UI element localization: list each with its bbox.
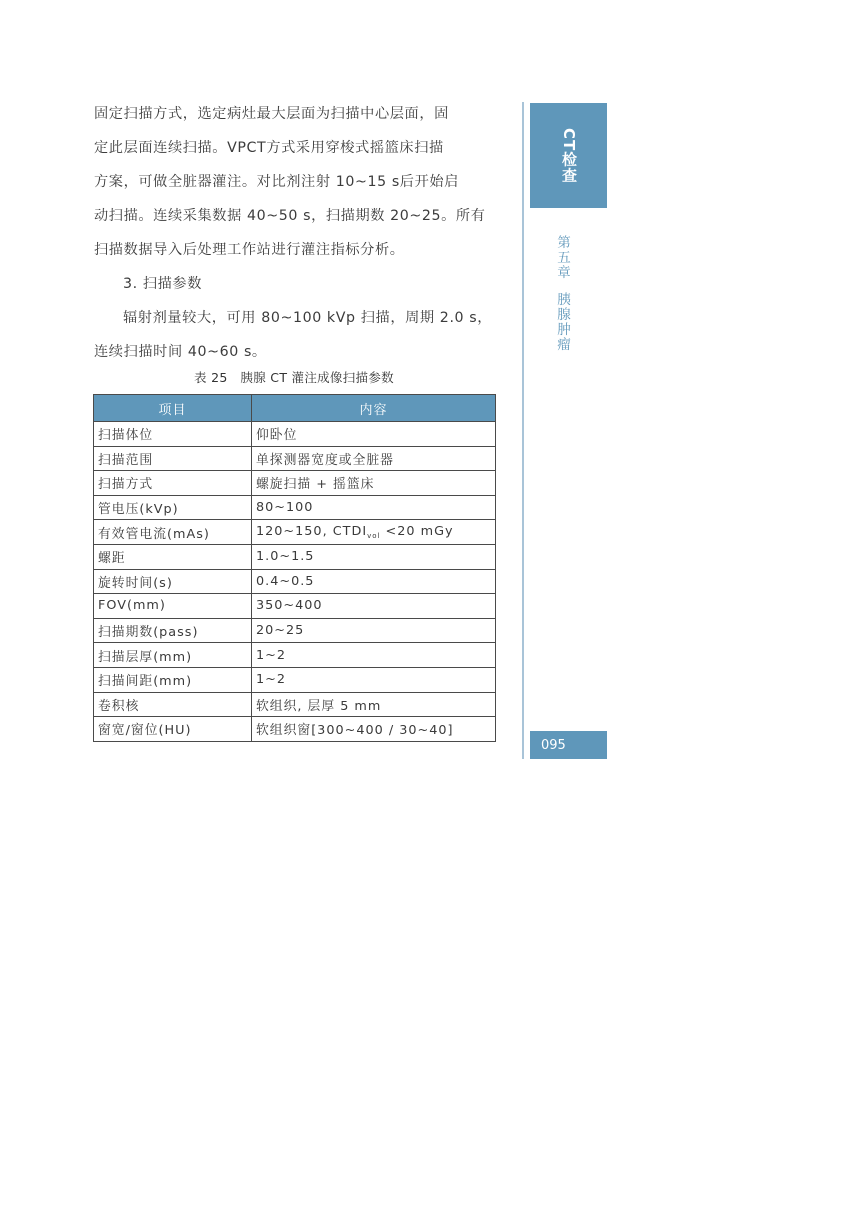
subscript-text: vol — [367, 532, 380, 540]
table-row: 扫描体位仰卧位 — [94, 422, 496, 447]
row-label: 扫描方式 — [94, 471, 252, 496]
row-label: 螺距 — [94, 544, 252, 569]
chapter-char: 章 — [553, 266, 575, 281]
row-value: 仰卧位 — [252, 422, 496, 447]
chapter-char: 瘤 — [553, 338, 575, 353]
row-value: 1.0~1.5 — [252, 544, 496, 569]
table-row: 有效管电流(mAs)120~150, CTDIvol <20 mGy — [94, 520, 496, 545]
header-content: 内容 — [252, 395, 496, 422]
row-value: 1~2 — [252, 643, 496, 668]
row-label: 卷积核 — [94, 692, 252, 717]
scan-parameters-table: 项目 内容 扫描体位仰卧位 扫描范围单探测器宽度或全脏器 扫描方式螺旋扫描 + … — [93, 394, 496, 742]
header-item: 项目 — [94, 395, 252, 422]
chapter-tab-label: CT检查 — [561, 128, 576, 183]
row-label: 扫描层厚(mm) — [94, 643, 252, 668]
paragraph-2: 辐射剂量较大，可用 80~100 kVp 扫描，周期 2.0 s， 连续扫描时间… — [94, 301, 496, 369]
text-line: 扫描数据导入后处理工作站进行灌注指标分析。 — [94, 233, 496, 267]
body-text: 固定扫描方式，选定病灶最大层面为扫描中心层面，固 定此层面连续扫描。VPCT方式… — [94, 97, 496, 369]
margin-divider — [522, 102, 524, 759]
table-row: FOV(mm)350~400 — [94, 594, 496, 619]
table-row: 管电压(kVp)80~100 — [94, 495, 496, 520]
row-value: 单探测器宽度或全脏器 — [252, 446, 496, 471]
text-line: 动扫描。连续采集数据 40~50 s，扫描期数 20~25。所有 — [94, 199, 496, 233]
text-line: 定此层面连续扫描。VPCT方式采用穿梭式摇篮床扫描 — [94, 131, 496, 165]
table-row: 扫描期数(pass)20~25 — [94, 618, 496, 643]
row-label: 扫描体位 — [94, 422, 252, 447]
row-label: 窗宽/窗位(HU) — [94, 717, 252, 742]
value-text: <20 mGy — [380, 524, 453, 539]
table-row: 螺距1.0~1.5 — [94, 544, 496, 569]
table-row: 扫描间距(mm)1~2 — [94, 667, 496, 692]
table-header-row: 项目 内容 — [94, 395, 496, 422]
row-value: 1~2 — [252, 667, 496, 692]
row-label: FOV(mm) — [94, 594, 252, 619]
paragraph-1: 固定扫描方式，选定病灶最大层面为扫描中心层面，固 定此层面连续扫描。VPCT方式… — [94, 97, 496, 267]
value-text: 120~150, CTDI — [256, 524, 367, 539]
row-label: 有效管电流(mAs) — [94, 520, 252, 545]
table-row: 旋转时间(s)0.4~0.5 — [94, 569, 496, 594]
row-label: 旋转时间(s) — [94, 569, 252, 594]
row-value: 软组织, 层厚 5 mm — [252, 692, 496, 717]
row-label: 扫描期数(pass) — [94, 618, 252, 643]
page-number: 095 — [530, 731, 607, 759]
text-line: 方案，可做全脏器灌注。对比剂注射 10~15 s后开始启 — [94, 165, 496, 199]
row-label: 管电压(kVp) — [94, 495, 252, 520]
row-value: 80~100 — [252, 495, 496, 520]
chapter-char: 胰 — [553, 293, 575, 308]
chapter-char: 腺 — [553, 308, 575, 323]
table-row: 窗宽/窗位(HU)软组织窗[300~400 / 30~40] — [94, 717, 496, 742]
chapter-char: 五 — [553, 251, 575, 266]
chapter-char: 第 — [553, 236, 575, 251]
book-page: 固定扫描方式，选定病灶最大层面为扫描中心层面，固 定此层面连续扫描。VPCT方式… — [0, 0, 867, 1218]
row-value: 0.4~0.5 — [252, 569, 496, 594]
row-label: 扫描间距(mm) — [94, 667, 252, 692]
table-caption: 表 25 胰腺 CT 灌注成像扫描参数 — [93, 368, 495, 386]
chapter-tab: CT检查 — [530, 103, 607, 208]
row-label: 扫描范围 — [94, 446, 252, 471]
table-row: 卷积核软组织, 层厚 5 mm — [94, 692, 496, 717]
section-heading: 3. 扫描参数 — [94, 267, 496, 301]
table-row: 扫描范围单探测器宽度或全脏器 — [94, 446, 496, 471]
row-value: 350~400 — [252, 594, 496, 619]
chapter-label: 第 五 章 胰 腺 肿 瘤 — [553, 236, 575, 353]
chapter-char: 肿 — [553, 323, 575, 338]
text-line: 固定扫描方式，选定病灶最大层面为扫描中心层面，固 — [94, 97, 496, 131]
row-value: 螺旋扫描 + 摇篮床 — [252, 471, 496, 496]
row-value: 20~25 — [252, 618, 496, 643]
text-line: 连续扫描时间 40~60 s。 — [94, 335, 496, 369]
row-value: 软组织窗[300~400 / 30~40] — [252, 717, 496, 742]
text-line: 辐射剂量较大，可用 80~100 kVp 扫描，周期 2.0 s， — [94, 301, 496, 335]
table-row: 扫描方式螺旋扫描 + 摇篮床 — [94, 471, 496, 496]
row-value: 120~150, CTDIvol <20 mGy — [252, 520, 496, 545]
table-row: 扫描层厚(mm)1~2 — [94, 643, 496, 668]
